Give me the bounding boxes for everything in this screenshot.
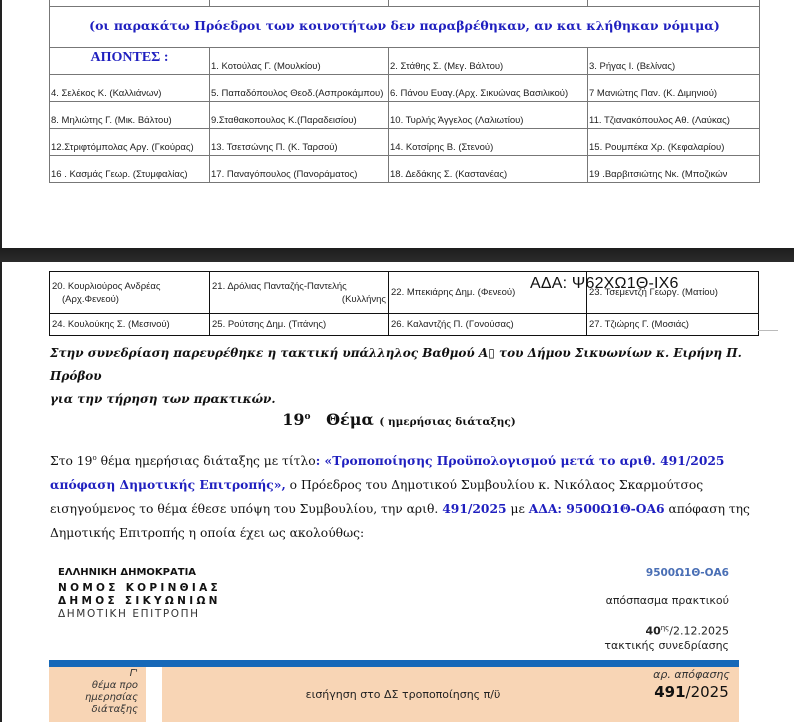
table-cell: 2. Στάθης Σ. (Μεγ. Βάλτου) (389, 47, 588, 74)
absentees-table: (οι παρακάτω Πρόεδροι των κοινοτήτων δεν… (49, 0, 760, 183)
table-cell: 24. Κουλούκης Σ. (Μεσινού) (50, 314, 210, 336)
document-page-1: (οι παρακάτω Πρόεδροι των κοινοτήτων δεν… (0, 0, 794, 248)
topic-heading: 19ο Θέμα ( ημερήσιας διάταξης) (2, 410, 794, 429)
table-cell: 13. Τσετσώνης Π. (Κ. Ταρσού) (210, 128, 389, 155)
meta-ada: 9500Ω1Θ-ΟΑ6 (604, 567, 729, 579)
table-cell: 20. Κουρλιούρος Ανδρέας (Αρχ.Φενεού) (50, 272, 210, 314)
table-cell: 18. Δεδάκης Σ. (Καστανέας) (389, 155, 588, 182)
decision-number-box: αρ. απόφασης 491/2025 (644, 667, 739, 722)
header-band (49, 660, 739, 667)
table-cell: 12.Στριφτόμπολας Αργ. (Γκούρας) (50, 128, 210, 155)
attendance-note: Στην συνεδρίαση παρευρέθηκε η τακτική υπ… (50, 342, 770, 411)
absentees-notice: (οι παρακάτω Πρόεδροι των κοινοτήτων δεν… (50, 6, 760, 47)
decision-meta: 9500Ω1Θ-ΟΑ6 απόσπασμα πρακτικού 40ης/2.1… (604, 567, 729, 653)
page-divider (0, 248, 794, 262)
table-cell: 27. Τζιώρης Γ. (Μοσιάς) (587, 314, 759, 336)
table-row: 16 . Κασμάς Γεωρ. (Στυμφαλίας) 17. Παναγ… (50, 155, 760, 182)
table-cell: 25. Ρούτσης Δημ. (Τιτάνης) (210, 314, 389, 336)
table-cell: 17. Παναγόπουλος (Πανοράματος) (210, 155, 389, 182)
org-header: ΕΛΛΗΝΙΚΗ ΔΗΜΟΚΡΑΤΙΑ ΝΟΜΟΣ ΚΟΡΙΝΘΙΑΣ ΔΗΜΟ… (58, 567, 221, 621)
table-cell: 3. Ρήγας Ι. (Βελίνας) (588, 47, 760, 74)
table-cell: 19 .Βαρβιτσιώτης Νκ. (Μποζικών (588, 155, 760, 182)
table-row: 24. Κουλούκης Σ. (Μεσινού) 25. Ρούτσης Δ… (50, 314, 759, 336)
document-page-2: 20. Κουρλιούρος Ανδρέας (Αρχ.Φενεού) 21.… (0, 262, 794, 722)
margin-rule (758, 330, 778, 331)
table-cell: 14. Κοτσίρης Β. (Στενού) (389, 128, 588, 155)
table-row: 4. Σελέκος Κ. (Καλλιάνων) 5. Παπαδόπουλο… (50, 74, 760, 101)
table-row: 12.Στριφτόμπολας Αργ. (Γκούρας) 13. Τσετ… (50, 128, 760, 155)
table-cell: 4. Σελέκος Κ. (Καλλιάνων) (50, 74, 210, 101)
absentees-heading: ΑΠΟΝΤΕΣ : (50, 47, 210, 74)
topic-code-box: Γ' θέμα προ ημερησίας διάταξης (49, 667, 146, 722)
decision-ada: ΑΔΑ: 9500Ω1Θ-ΟΑ6 (529, 501, 665, 516)
decision-number: 491/2025 (442, 501, 506, 516)
table-row: 8. Μηλιώτης Γ. (Μικ. Βάλτου) 9.Σταθακοπο… (50, 101, 760, 128)
table-cell: 21. Δρόλιας Πανταζής-Παντελής (Κυλλήνης (210, 272, 389, 314)
subject-box: εισήγηση στο ΔΣ τροποποίησης π/ϋ (162, 667, 644, 722)
table-cell: 10. Τυρλής Άγγελος (Λαλιωτίου) (389, 101, 588, 128)
topic-paragraph: Στο 19ο θέμα ημερήσιας διάταξης με τίτλο… (50, 446, 750, 545)
ada-stamp: ΑΔΑ: Ψ62ΧΩ1Θ-ΙΧ6 (530, 275, 679, 293)
table-cell: 5. Παπαδόπουλος Θεοδ.(Ασπροκάμπου) (210, 74, 389, 101)
table-cell: 15. Ρουμπέκα Χρ. (Κεφαλαρίου) (588, 128, 760, 155)
table-cell: 16 . Κασμάς Γεωρ. (Στυμφαλίας) (50, 155, 210, 182)
table-cell: 7 Μανιώτης Παν. (Κ. Διμηνιού) (588, 74, 760, 101)
table-cell: 8. Μηλιώτης Γ. (Μικ. Βάλτου) (50, 101, 210, 128)
session-date: 40ης/2.12.2025 (604, 621, 729, 639)
table-cell: 6. Πάνου Ευαγ.(Αρχ. Σικυώνας Βασιλικού) (389, 74, 588, 101)
table-cell: 1. Κοτούλας Γ. (Μουλκίου) (210, 47, 389, 74)
table-cell: 9.Σταθακοπουλος Κ.(Παραδεισίου) (210, 101, 389, 128)
table-cell: 11. Τζιανακόπουλος Αθ. (Λαύκας) (588, 101, 760, 128)
session-type: τακτικής συνεδρίασης (604, 639, 729, 653)
table-cell: 26. Καλαντζής Π. (Γονούσας) (389, 314, 587, 336)
doc-kind: απόσπασμα πρακτικού (604, 594, 729, 607)
